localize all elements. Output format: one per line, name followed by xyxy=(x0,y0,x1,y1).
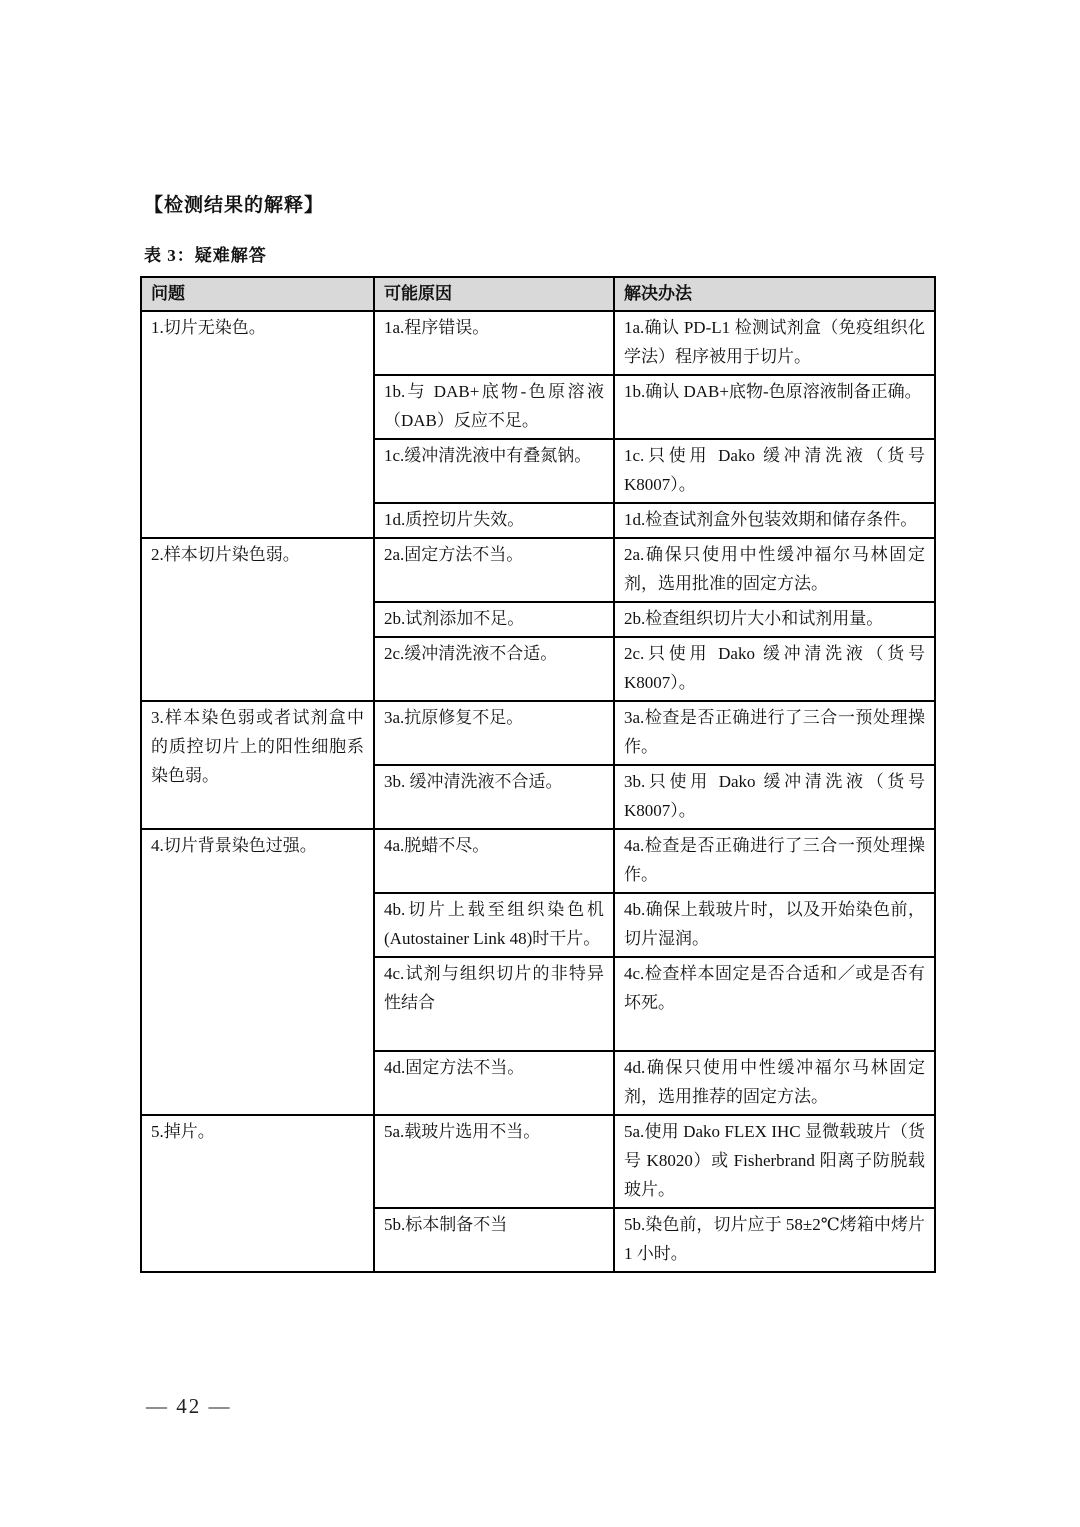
troubleshooting-table: 问题 可能原因 解决办法 1.切片无染色。1a.程序错误。1a.确认 PD-L1… xyxy=(140,276,936,1273)
cause-cell: 1a.程序错误。 xyxy=(374,311,614,375)
table-row: 1.切片无染色。1a.程序错误。1a.确认 PD-L1 检测试剂盒（免疫组织化学… xyxy=(141,311,935,375)
table-row: 5.掉片。5a.载玻片选用不当。5a.使用 Dako FLEX IHC 显微载玻… xyxy=(141,1115,935,1208)
cause-cell: 1b.与 DAB+底物-色原溶液（DAB）反应不足。 xyxy=(374,375,614,439)
table-caption: 表 3：疑难解答 xyxy=(144,241,267,266)
cause-cell: 4d.固定方法不当。 xyxy=(374,1051,614,1115)
page-number: — 42 — xyxy=(146,1394,232,1419)
column-header-cause: 可能原因 xyxy=(374,277,614,311)
cause-cell: 2a.固定方法不当。 xyxy=(374,538,614,602)
solution-cell: 2a.确保只使用中性缓冲福尔马林固定剂，选用批准的固定方法。 xyxy=(614,538,935,602)
problem-cell: 1.切片无染色。 xyxy=(141,311,374,538)
document-page: 【检测结果的解释】 表 3：疑难解答 问题 可能原因 解决办法 1.切片无染色。… xyxy=(0,0,1080,1527)
table-row: 4.切片背景染色过强。4a.脱蜡不尽。4a.检查是否正确进行了三合一预处理操作。 xyxy=(141,829,935,893)
problem-cell: 5.掉片。 xyxy=(141,1115,374,1272)
cause-cell: 4c.试剂与组织切片的非特异性结合 xyxy=(374,957,614,1051)
cause-cell: 3b. 缓冲清洗液不合适。 xyxy=(374,765,614,829)
cause-cell: 2b.试剂添加不足。 xyxy=(374,602,614,637)
problem-cell: 3.样本染色弱或者试剂盒中的质控切片上的阳性细胞系染色弱。 xyxy=(141,701,374,829)
table-header-row: 问题 可能原因 解决办法 xyxy=(141,277,935,311)
solution-cell: 5b.染色前，切片应于 58±2℃烤箱中烤片 1 小时。 xyxy=(614,1208,935,1272)
cause-cell: 4b.切片上载至组织染色机(Autostainer Link 48)时干片。 xyxy=(374,893,614,957)
cause-cell: 2c.缓冲清洗液不合适。 xyxy=(374,637,614,701)
section-title: 【检测结果的解释】 xyxy=(144,190,324,217)
solution-cell: 1c.只使用 Dako 缓冲清洗液（货号 K8007）。 xyxy=(614,439,935,503)
cause-cell: 5a.载玻片选用不当。 xyxy=(374,1115,614,1208)
cause-cell: 3a.抗原修复不足。 xyxy=(374,701,614,765)
cause-cell: 4a.脱蜡不尽。 xyxy=(374,829,614,893)
table-row: 3.样本染色弱或者试剂盒中的质控切片上的阳性细胞系染色弱。3a.抗原修复不足。3… xyxy=(141,701,935,765)
column-header-solution: 解决办法 xyxy=(614,277,935,311)
problem-cell: 4.切片背景染色过强。 xyxy=(141,829,374,1115)
cause-cell: 1c.缓冲清洗液中有叠氮钠。 xyxy=(374,439,614,503)
solution-cell: 1b.确认 DAB+底物-色原溶液制备正确。 xyxy=(614,375,935,439)
column-header-problem: 问题 xyxy=(141,277,374,311)
solution-cell: 4d.确保只使用中性缓冲福尔马林固定剂，选用推荐的固定方法。 xyxy=(614,1051,935,1115)
solution-cell: 2c.只使用 Dako 缓冲清洗液（货号 K8007）。 xyxy=(614,637,935,701)
solution-cell: 1d.检查试剂盒外包装效期和储存条件。 xyxy=(614,503,935,538)
solution-cell: 5a.使用 Dako FLEX IHC 显微载玻片（货号 K8020）或 Fis… xyxy=(614,1115,935,1208)
cause-cell: 5b.标本制备不当 xyxy=(374,1208,614,1272)
solution-cell: 4b.确保上载玻片时，以及开始染色前，切片湿润。 xyxy=(614,893,935,957)
cause-cell: 1d.质控切片失效。 xyxy=(374,503,614,538)
solution-cell: 1a.确认 PD-L1 检测试剂盒（免疫组织化学法）程序被用于切片。 xyxy=(614,311,935,375)
table-body: 1.切片无染色。1a.程序错误。1a.确认 PD-L1 检测试剂盒（免疫组织化学… xyxy=(141,311,935,1272)
solution-cell: 4c.检查样本固定是否合适和／或是否有坏死。 xyxy=(614,957,935,1051)
solution-cell: 3b.只使用 Dako 缓冲清洗液（货号 K8007）。 xyxy=(614,765,935,829)
solution-cell: 3a.检查是否正确进行了三合一预处理操作。 xyxy=(614,701,935,765)
solution-cell: 2b.检查组织切片大小和试剂用量。 xyxy=(614,602,935,637)
problem-cell: 2.样本切片染色弱。 xyxy=(141,538,374,701)
table-row: 2.样本切片染色弱。2a.固定方法不当。2a.确保只使用中性缓冲福尔马林固定剂，… xyxy=(141,538,935,602)
solution-cell: 4a.检查是否正确进行了三合一预处理操作。 xyxy=(614,829,935,893)
